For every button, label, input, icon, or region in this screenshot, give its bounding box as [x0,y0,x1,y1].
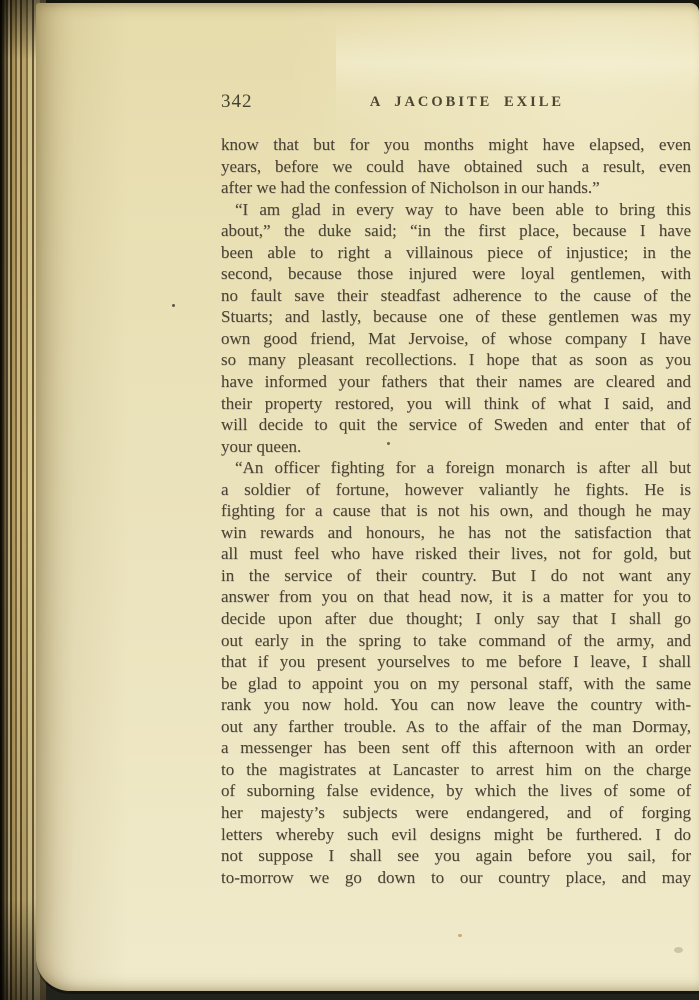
text-line: “An officer fighting for a foreign monar… [221,457,691,479]
text-line: know that but for you months might have … [221,134,691,156]
text-line: years, before we could have obtained suc… [221,156,691,178]
scan-light-streak [336,21,699,141]
text-line: so many pleasant recollections. I hope t… [221,349,691,371]
text-line: after we had the confession of Nicholson… [221,177,691,199]
text-line: Stuarts; and lastly, because one of thes… [221,306,691,328]
scanned-book-photo: 342 A JACOBITE EXILE know that but for y… [0,0,699,1000]
running-title: A JACOBITE EXILE [221,94,691,111]
text-line: letters whereby such evil designs might … [221,824,691,846]
text-line: answer from you on that head now, it is … [221,586,691,608]
text-line: have informed your fathers that their na… [221,371,691,393]
text-line: “I am glad in every way to have been abl… [221,199,691,221]
text-line: no fault save their steadfast adherence … [221,285,691,307]
text-line: win rewards and honours, he has not the … [221,522,691,544]
book-page: 342 A JACOBITE EXILE know that but for y… [36,3,699,991]
text-line: been able to right a villainous piece of… [221,242,691,264]
text-line: be glad to appoint you on my personal st… [221,673,691,695]
text-line: will decide to quit the service of Swede… [221,414,691,436]
text-line: of suborning false evidence, by which th… [221,780,691,802]
text-line: that if you present yourselves to me bef… [221,651,691,673]
text-line: a soldier of fortune, however valiantly … [221,479,691,501]
text-line: your queen. [221,436,691,458]
text-line: her majesty’s subjects were endangered, … [221,802,691,824]
text-line: out any farther trouble. As to the affai… [221,716,691,738]
text-line: rank you now hold. You can now leave the… [221,694,691,716]
page-header: 342 A JACOBITE EXILE [221,91,691,115]
text-block: know that but for you months might have … [221,134,691,888]
text-line: a messenger has been sent off this after… [221,737,691,759]
text-line: to-morrow we go down to our country plac… [221,867,691,889]
text-line: in the service of their country. But I d… [221,565,691,587]
text-line: fighting for a cause that is not his own… [221,500,691,522]
foxing-speck [674,947,683,953]
text-line: about,” the duke said; “in the first pla… [221,220,691,242]
text-line: out early in the spring to take command … [221,630,691,652]
text-line: second, because those injured were loyal… [221,263,691,285]
foxing-speck [458,934,462,937]
text-line: not suppose I shall see you again before… [221,845,691,867]
foxing-speck [172,304,175,307]
text-line: all must feel who have risked their live… [221,543,691,565]
text-line: their property restored, you will think … [221,393,691,415]
text-line: decide upon after due thought; I only sa… [221,608,691,630]
text-line: own good friend, Mat Jervoise, of whose … [221,328,691,350]
text-line: to the magistrates at Lancaster to arres… [221,759,691,781]
